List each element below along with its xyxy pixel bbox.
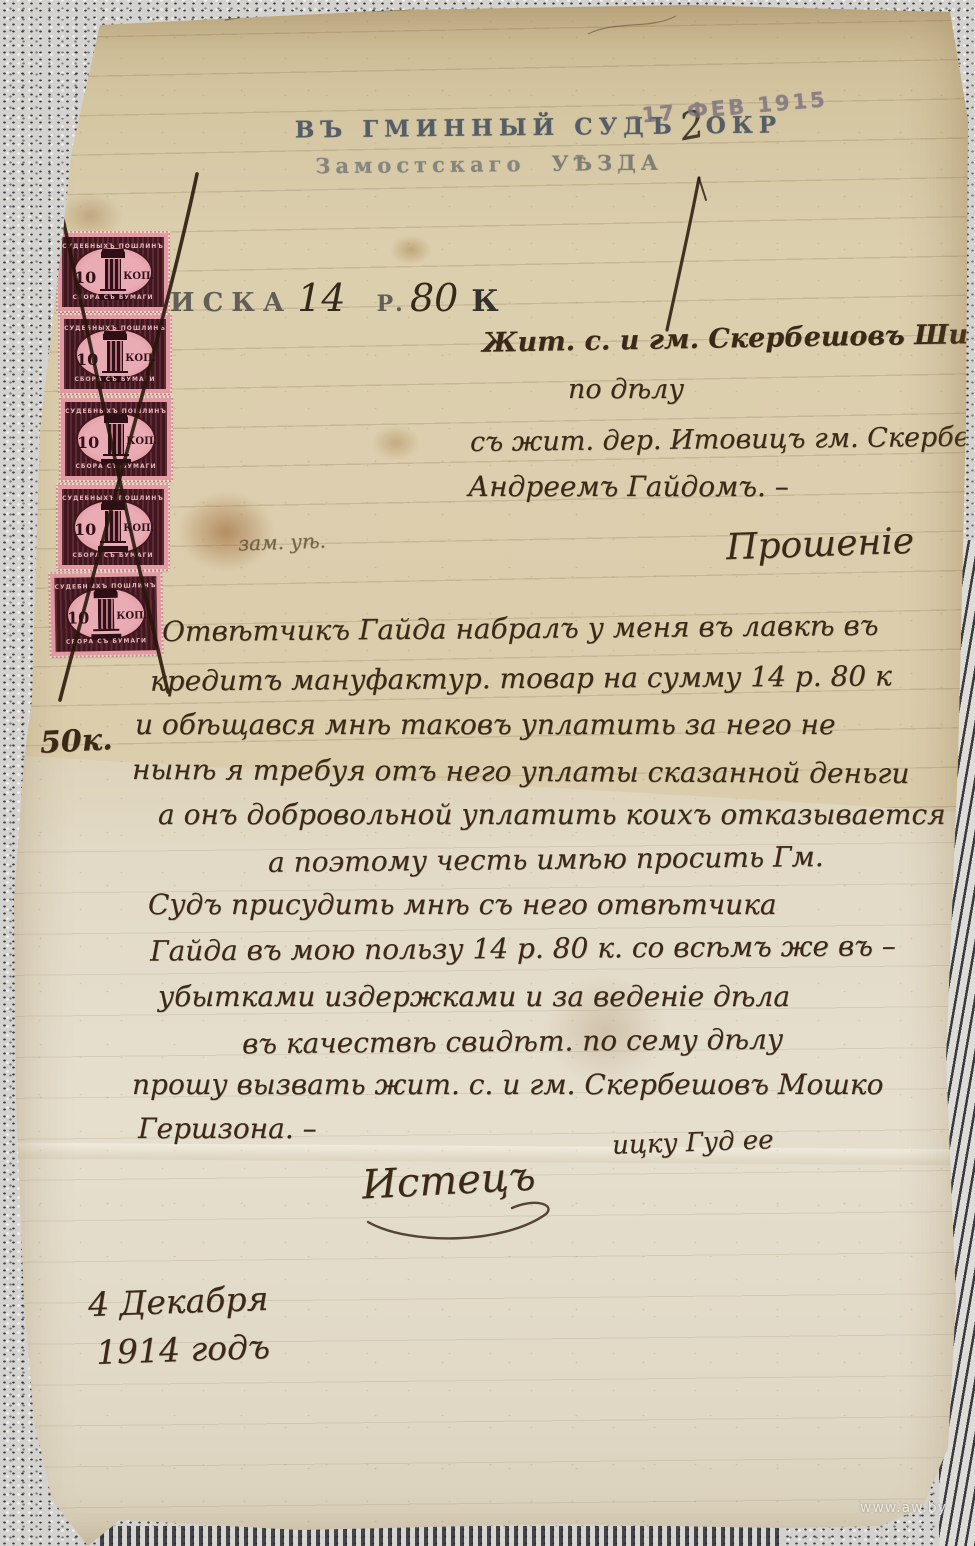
stamp-top-text: СУДЕБНЫХЪ ПОШЛИНЪ [62, 495, 164, 502]
claim-amount-line: ИСКА 14 Р. 80 К [170, 276, 499, 320]
court-stamp-line2: ЗамостскагоУѢЗДА [315, 148, 782, 178]
stamp-currency: КОП. [126, 436, 157, 447]
body-line: кредитъ мануфактур. товар на сумму 14 р.… [150, 659, 892, 697]
stamp-frame: СУДЕБНЫХЪ ПОШЛИНЪ 10 КОП. СБОРА СЪ БУМАГ… [62, 237, 164, 307]
stamp-bottom-text: СБОРА СЪ БУМАГИ [55, 637, 157, 646]
body-line: и обѣщався мнѣ таковъ уплатить за него н… [135, 708, 836, 741]
stamp-currency: КОП. [116, 610, 147, 622]
revenue-stamp: СУДЕБНЫХЪ ПОШЛИНЪ 10 КОП. СБОРА СЪ БУМАГ… [57, 232, 169, 312]
photo-of-archival-document: ВЪ ГМИННЫЙ СУДЪ2ОКР ЗамостскагоУѢЗДА –17… [0, 0, 975, 1546]
stamp-top-text: СУДЕБНЫХЪ ПОШЛИНЪ [65, 408, 167, 415]
stamp-denomination: 10 [77, 433, 99, 452]
heading-line: по дѣлу [568, 374, 684, 405]
court-stamp-text: Замостскаго [315, 151, 525, 178]
date-line: 4 Декабря [87, 1279, 269, 1324]
stamp-denomination: 10 [74, 520, 96, 539]
stamp-currency: КОП. [123, 271, 154, 282]
signature: Истецъ [361, 1153, 537, 1208]
stamp-bottom-text: СБОРА СЪ БУМАГИ [64, 376, 166, 383]
stamp-denomination: 10 [67, 608, 90, 627]
court-stamp-text: УѢЗДА [551, 150, 663, 176]
body-line: нынѣ я требуя отъ него уплаты сказанной … [132, 753, 910, 790]
body-line: Гайда въ мою пользу 14 р. 80 к. со всѣмъ… [150, 929, 896, 967]
claim-rubles-label: Р. [377, 291, 405, 317]
body-line: Гершзона. – [138, 1112, 317, 1145]
stamp-frame: СУДЕБНЫХЪ ПОШЛИНЪ 10 КОП. СБОРА СЪ БУМАГ… [65, 402, 167, 476]
body-line: въ качествѣ свидѣт. по сему дѣлу [242, 1023, 783, 1061]
body-line: а онъ добровольной уплатить коихъ отказы… [158, 798, 946, 831]
claim-kopecks-label: К [471, 284, 498, 319]
witness-scribble: ицку Гуд ее [612, 1125, 775, 1161]
stamp-top-text: СУДЕБНЫХЪ ПОШЛИНЪ [64, 325, 166, 332]
court-stamp-text: ВЪ ГМИННЫЙ СУДЪ [295, 113, 678, 144]
revenue-stamp: СУДЕБНЫХЪ ПОШЛИНЪ 10 КОП. СБОРА СЪ БУМАГ… [57, 484, 169, 570]
stamp-bottom-text: СБОРА СЪ БУМАГИ [62, 552, 164, 559]
stamp-bottom-text: СБОРА СЪ БУМАГИ [65, 463, 167, 470]
revenue-stamp: СУДЕБНЫХЪ ПОШЛИНЪ 10 КОП. СБОРА СЪ БУМАГ… [60, 397, 172, 481]
document-paper: ВЪ ГМИННЫЙ СУДЪ2ОКР ЗамостскагоУѢЗДА –17… [0, 0, 975, 1546]
petition-title: Прошеніе [725, 521, 914, 569]
body-line: а поэтому честь имѣю просить Гм. [268, 840, 824, 879]
fabric-background-dots [100, 1526, 780, 1546]
stamp-top-text: СУДЕБНЫХЪ ПОШЛИНЪ [54, 582, 156, 591]
body-line: Отвѣтчикъ Гайда набралъ у меня въ лавкѣ … [162, 609, 879, 648]
stamp-currency: КОП. [123, 523, 154, 534]
claim-kopecks-handwritten: 80 [410, 276, 458, 320]
stamp-bottom-text: СБОРА СЪ БУМАГИ [62, 294, 164, 301]
revenue-stamp: СУДЕБНЫХЪ ПОШЛИНЪ 10 КОП. СБОРА СЪ БУМАГ… [59, 314, 171, 394]
stamp-frame: СУДЕБНЫХЪ ПОШЛИНЪ 10 КОП. СБОРА СЪ БУМАГ… [64, 319, 166, 389]
heading-line: съ жит. дер. Итовицъ гм. Скербешовъ [470, 421, 975, 458]
body-line: прошу вызвать жит. с. и гм. Скербешовъ М… [132, 1068, 884, 1101]
stamp-frame: СУДЕБНЫХЪ ПОШЛИНЪ 10 КОП. СБОРА СЪ БУМАГ… [54, 576, 157, 652]
stamp-denomination: 10 [74, 268, 96, 287]
body-line: Судъ присудить мнѣ съ него отвѣтчика [148, 888, 777, 921]
body-line: убытками издержками и за веденіе дѣла [158, 980, 790, 1013]
claim-stamp-label: ИСКА [170, 288, 292, 318]
claim-rubles-handwritten: 14 [297, 276, 345, 320]
stamp-frame: СУДЕБНЫХЪ ПОШЛИНЪ 10 КОП. СБОРА СЪ БУМАГ… [62, 489, 164, 565]
heading-line: Андреемъ Гайдомъ. – [468, 470, 789, 503]
margin-fee-note: 50к. [39, 722, 113, 761]
clerk-note: зам. уѣ. [238, 528, 327, 555]
stamp-currency: КОП. [125, 353, 156, 364]
date-line: 1914 годъ [95, 1327, 270, 1372]
watermark: www.aw.by [860, 1500, 947, 1516]
stamp-denomination: 10 [76, 350, 98, 369]
revenue-stamp: СУДЕБНЫХЪ ПОШЛИНЪ 10 КОП. СБОРА СЪ БУМАГ… [49, 571, 162, 657]
stamp-top-text: СУДЕБНЫХЪ ПОШЛИНЪ [62, 243, 164, 250]
